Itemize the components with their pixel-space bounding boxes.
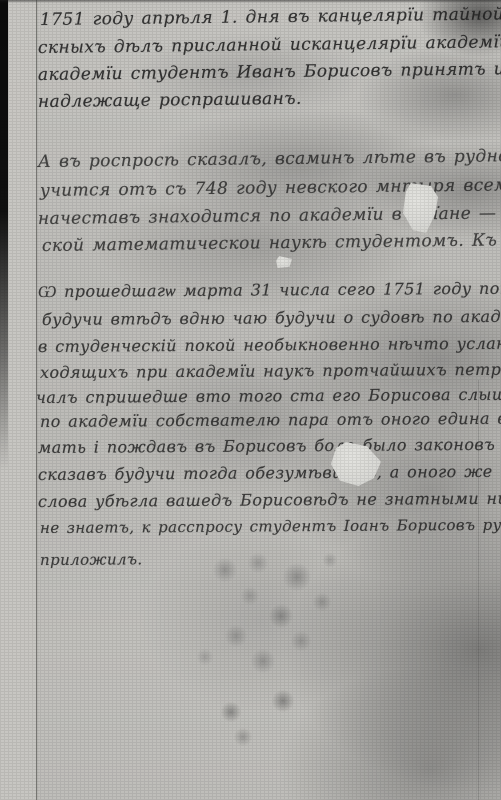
- manuscript-line: в студенческій покой необыкновенно нѣчто…: [38, 333, 501, 356]
- manuscript-line: слова убѣгла вашедъ Борисовѣдъ не знатны…: [38, 488, 501, 511]
- manuscript-line: 1751 году апрѣля 1. дня въ канцелярїи та…: [40, 3, 501, 30]
- manuscript-line: не знаетъ, к расспросу студентъ Іоанъ Бо…: [40, 516, 501, 537]
- binding-edge-shadow: [0, 0, 8, 470]
- manuscript-line: приложилъ.: [40, 550, 143, 569]
- manuscript-page-photo: 1751 году апрѣля 1. дня въ канцелярїи та…: [0, 0, 501, 800]
- manuscript-line: учится отъ съ 748 году невского мнтыря в…: [40, 175, 501, 201]
- manuscript-line: начеставъ знаходится по академїи въ дїан…: [38, 203, 497, 229]
- manuscript-line: по академїи собствателю пара отъ оного е…: [40, 409, 501, 431]
- manuscript-line: скныхъ дѣлъ присланной исканцелярїи акад…: [38, 31, 501, 58]
- manuscript-line: надлежаще роспрашиванъ.: [38, 89, 302, 112]
- manuscript-line: мать і пождавъ въ Борисовъ боло было зак…: [38, 435, 495, 457]
- page-top-edge-shadow: [0, 0, 501, 3]
- manuscript-line: сказавъ будучи тогда обезумѣвшись, а оно…: [38, 462, 493, 484]
- manuscript-line: Ѡ прошедшагѡ марта 31 числа сего 1751 го…: [38, 278, 501, 302]
- manuscript-line: ской математическои наукѣ студентомъ. Къ…: [42, 230, 501, 256]
- manuscript-line: А въ роспросѣ сказалъ, всаминъ лѣте въ р…: [38, 145, 501, 172]
- manuscript-line: ходящихъ при академїи наукъ протчайшихъ …: [40, 360, 501, 382]
- manuscript-line: чалъ спришедше вто того ста его Борисова…: [36, 384, 501, 407]
- torn-paper-patch: [276, 256, 292, 268]
- manuscript-line: академїи студентъ Иванъ Борисовъ принятъ…: [38, 58, 501, 85]
- manuscript-line: будучи втѣдъ вдню чаю будучи о судовѣ по…: [42, 307, 501, 329]
